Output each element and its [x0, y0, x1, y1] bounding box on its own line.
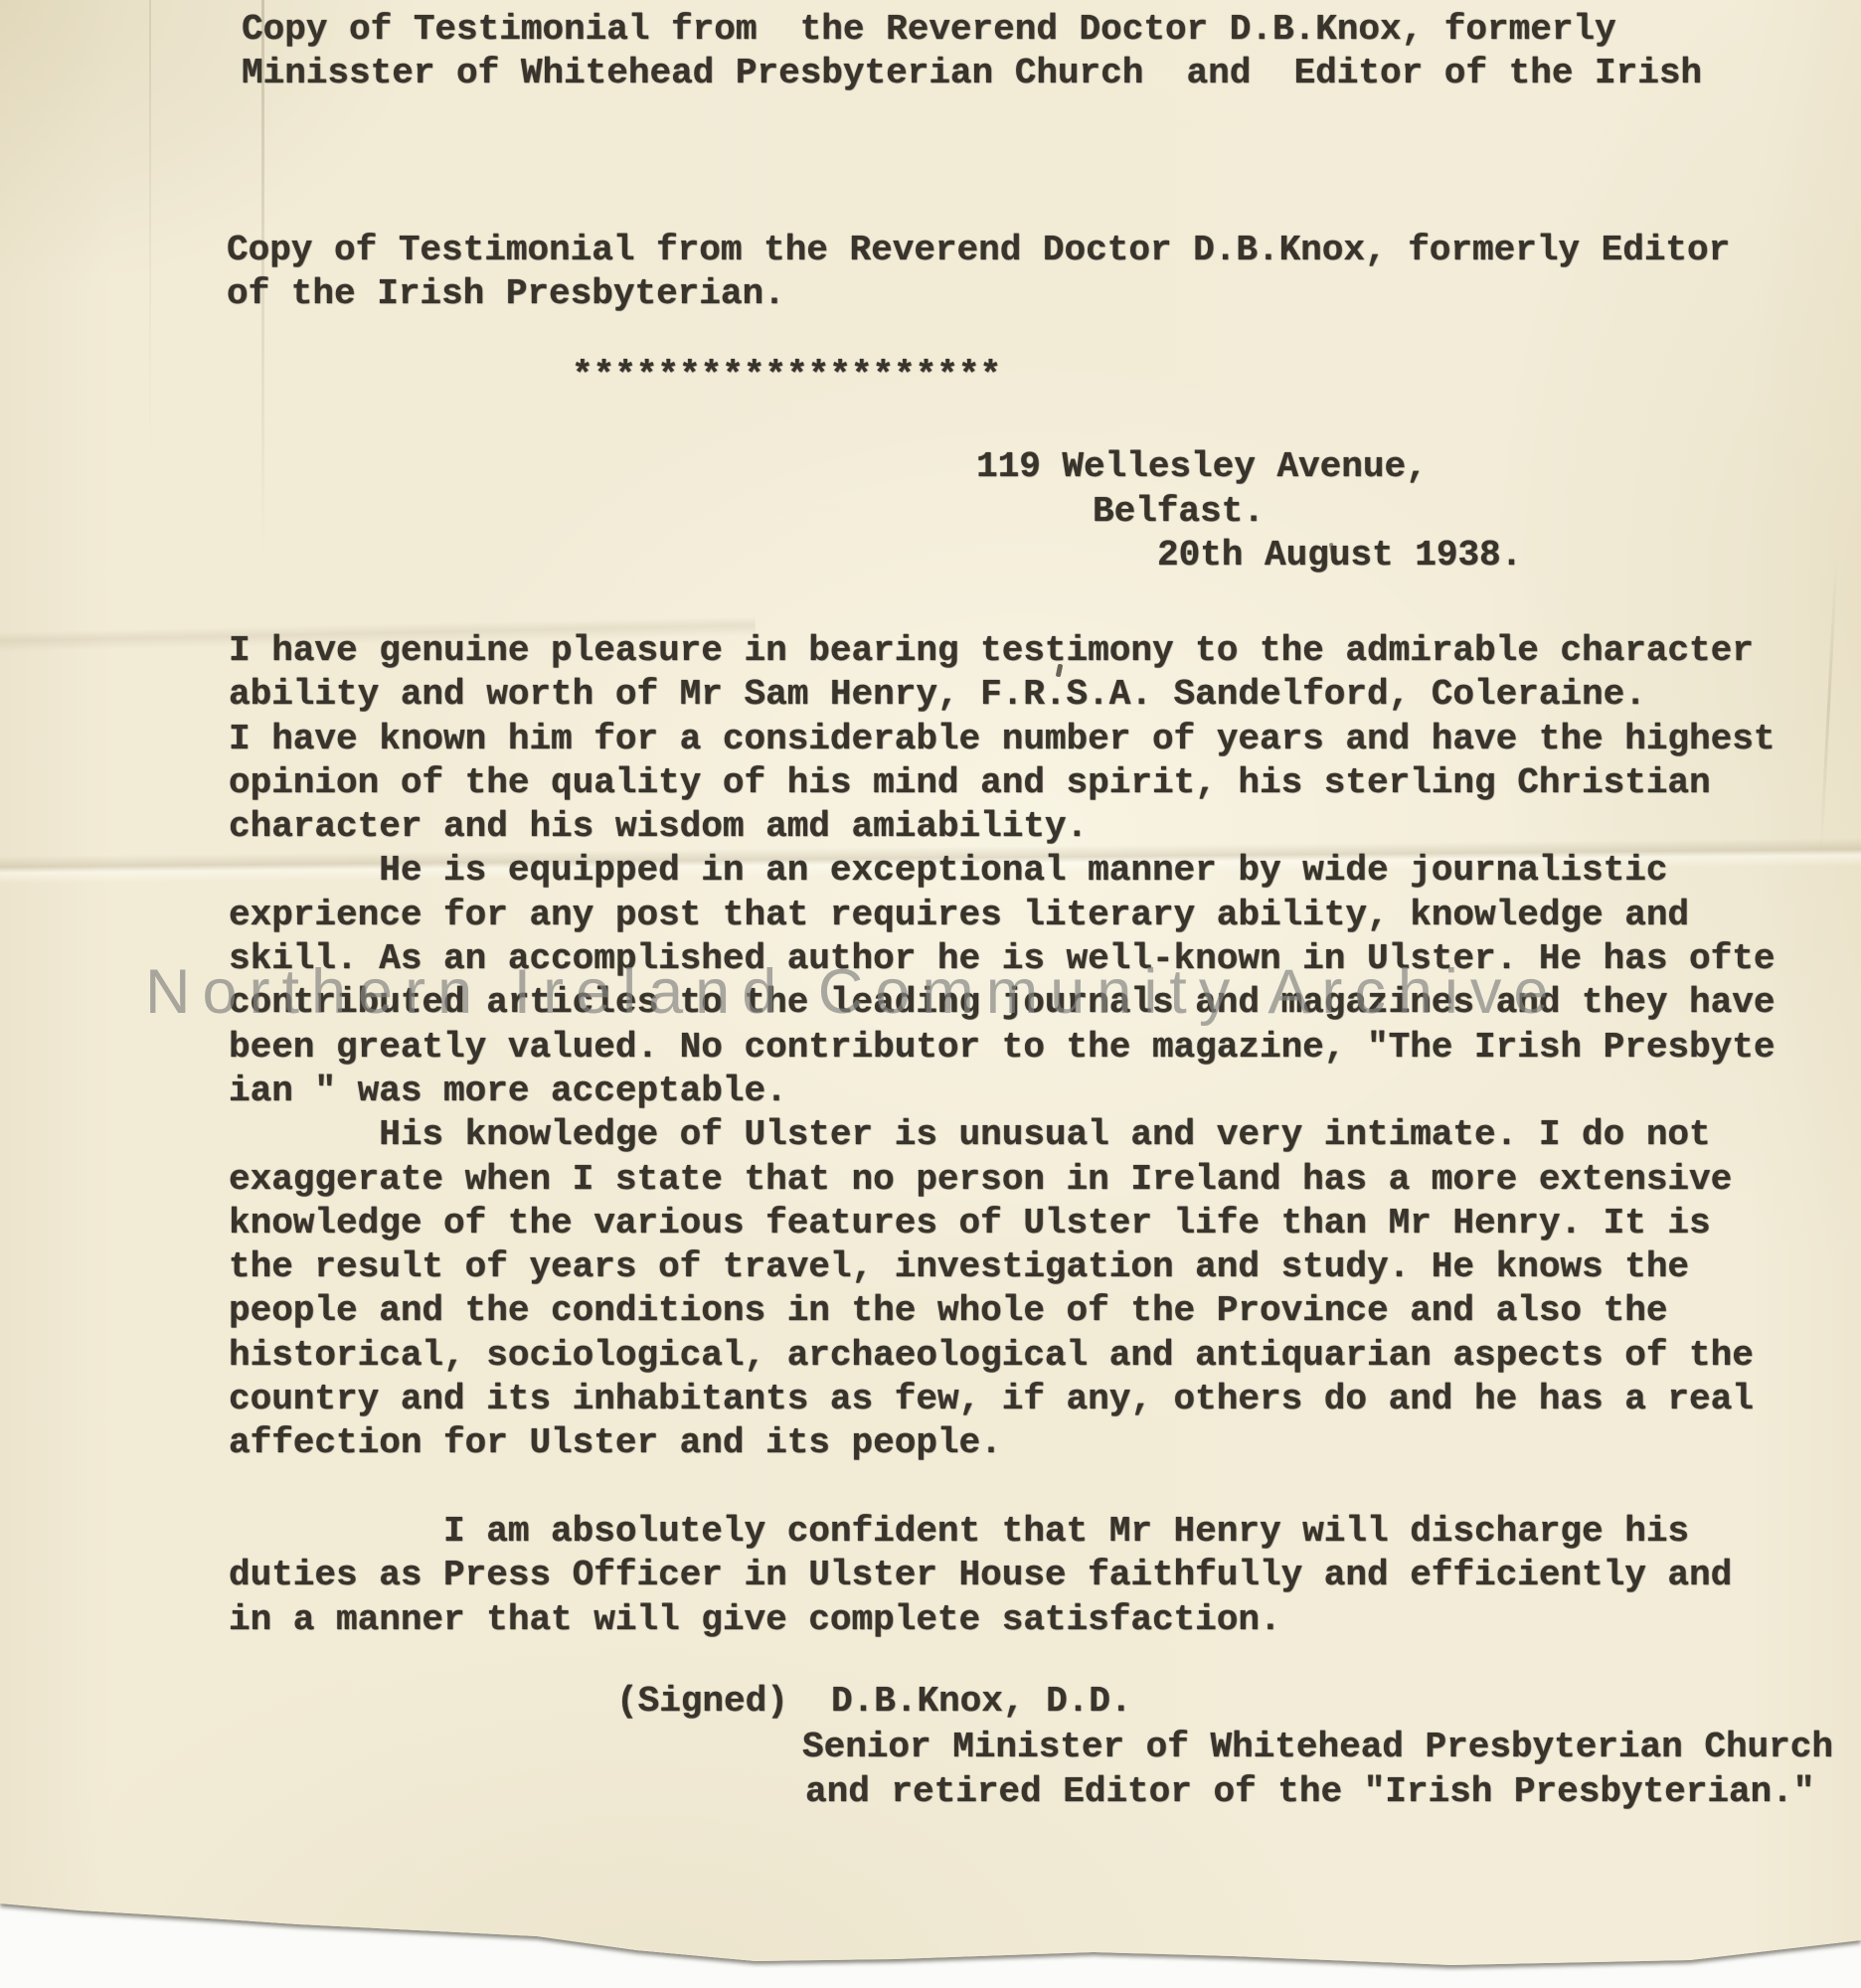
heading-block-title: Copy of Testimonial from the Reverend Do…	[227, 229, 1730, 317]
letter-paper: Copy of Testimonial from the Reverend Do…	[0, 0, 1861, 1988]
letter-body: I have genuine pleasure in bearing testi…	[229, 629, 1775, 1642]
letter-date: 20th August 1938.	[1157, 534, 1522, 578]
signature-title-1: Senior Minister of Whitehead Presbyteria…	[802, 1726, 1833, 1769]
address-street: 119 Wellesley Avenue,	[976, 445, 1428, 489]
right-edge-crease	[1819, 557, 1838, 855]
asterisk-separator: ********************	[572, 354, 1001, 398]
signature-title-2: and retired Editor of the "Irish Presbyt…	[805, 1770, 1814, 1814]
paper-shadow: Copy of Testimonial from the Reverend Do…	[0, 0, 1861, 1988]
heading-annotation-line-2: Minisster of Whitehead Presbyterian Chur…	[242, 53, 1702, 93]
signature-name: (Signed) D.B.Knox, D.D.	[616, 1680, 1131, 1724]
heading-title-line-2: of the Irish Presbyterian.	[227, 273, 785, 314]
heading-block-annotation: Copy of Testimonial from the Reverend Do…	[242, 8, 1702, 96]
vertical-fold-crease-faint	[149, 0, 151, 457]
heading-annotation-line-1: Copy of Testimonial from the Reverend Do…	[242, 9, 1616, 50]
address-city: Belfast.	[1093, 490, 1265, 534]
heading-title-line-1: Copy of Testimonial from the Reverend Do…	[227, 230, 1730, 270]
